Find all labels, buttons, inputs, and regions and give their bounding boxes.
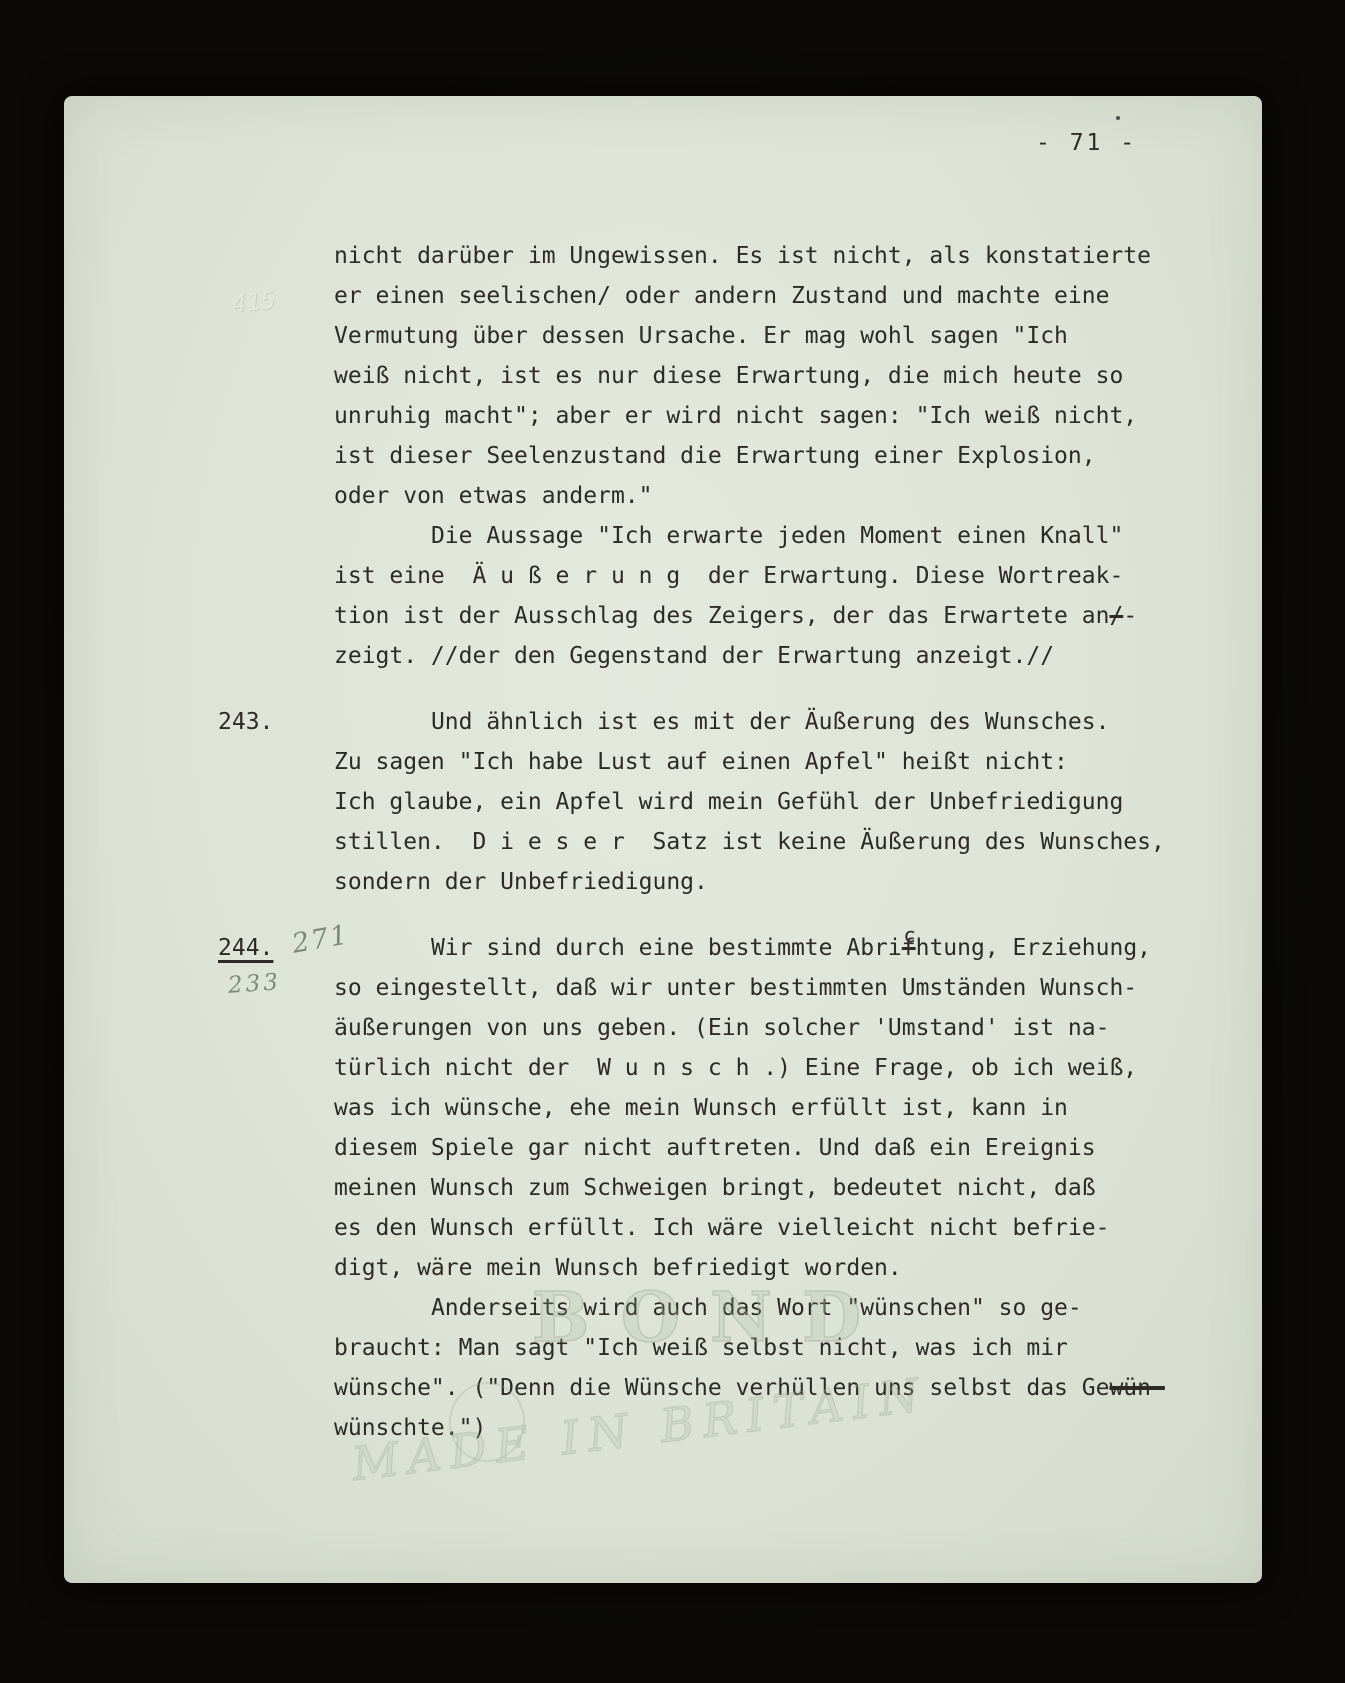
- line-text: -: [1123, 603, 1137, 629]
- section-243: 243. Und ähnlich ist es mit der Äußerung…: [334, 702, 1254, 902]
- struck-word: wün-: [1109, 1375, 1164, 1401]
- typescript-line: so eingestellt, daß wir unter bestimmten…: [334, 968, 1254, 1008]
- typescript-line: Zu sagen "Ich habe Lust auf einen Apfel"…: [334, 742, 1254, 782]
- typescript-line: äußerungen von uns geben. (Ein solcher '…: [334, 1008, 1254, 1048]
- pencil-annotation-bottom: 233: [227, 962, 283, 1006]
- section-244: 244. 271 233 Wir sind durch eine bestimm…: [334, 928, 1254, 1448]
- typescript-line: zeigt. //der den Gegenstand der Erwartun…: [334, 636, 1254, 676]
- struck-character: /: [1109, 603, 1123, 629]
- paper-watermark-brand: BOND: [532, 1278, 891, 1358]
- paragraph-aussage: Die Aussage "Ich erwarte jeden Moment ei…: [334, 516, 1254, 676]
- typescript-line: oder von etwas anderm.": [334, 476, 1254, 516]
- page-number: - 71 -: [1036, 130, 1137, 156]
- typescript-line: Die Aussage "Ich erwarte jeden Moment ei…: [334, 516, 1254, 556]
- section-number-243: 243.: [218, 702, 273, 742]
- typescript-line: es den Wunsch erfüllt. Ich wäre vielleic…: [334, 1208, 1254, 1248]
- typescript-line: meinen Wunsch zum Schweigen bringt, bede…: [334, 1168, 1254, 1208]
- paragraph-continuation: nicht darüber im Ungewissen. Es ist nich…: [334, 236, 1254, 516]
- typescript-page: - 71 - 415 nicht darüber im Ungewissen. …: [64, 96, 1262, 1583]
- correction-letter: c: [903, 915, 915, 955]
- scan-background: - 71 - 415 nicht darüber im Ungewissen. …: [0, 0, 1345, 1683]
- typescript-line: türlich nicht der W u n s c h .) Eine Fr…: [334, 1048, 1254, 1088]
- typescript-line: er einen seelischen/ oder andern Zustand…: [334, 276, 1254, 316]
- ink-speck: [1116, 116, 1120, 120]
- typescript-line: sondern der Unbefriedigung.: [334, 862, 1254, 902]
- emboss-mark: 415: [231, 286, 277, 318]
- typescript-line: diesem Spiele gar nicht auftreten. Und d…: [334, 1128, 1254, 1168]
- typescript-line: stillen. D i e s e r Satz ist keine Äuße…: [334, 822, 1254, 862]
- typescript-line: unruhig macht"; aber er wird nicht sagen…: [334, 396, 1254, 436]
- typescript-line: nicht darüber im Ungewissen. Es ist nich…: [334, 236, 1254, 276]
- typescript-line: Ich glaube, ein Apfel wird mein Gefühl d…: [334, 782, 1254, 822]
- typescript-line: tion ist der Ausschlag des Zeigers, der …: [334, 596, 1254, 636]
- section-number-244: 244.: [218, 928, 273, 968]
- typescript-line: weiß nicht, ist es nur diese Erwartung, …: [334, 356, 1254, 396]
- line-text: htung, Erziehung,: [916, 935, 1151, 961]
- typescript-line: was ich wünsche, ehe mein Wunsch erfüllt…: [334, 1088, 1254, 1128]
- overtyped-correction: cf: [902, 928, 916, 968]
- line-text: tion ist der Ausschlag des Zeigers, der …: [334, 603, 1109, 629]
- line-text: Wir sind durch eine bestimmte Abri: [334, 935, 902, 961]
- typescript-line: Vermutung über dessen Ursache. Er mag wo…: [334, 316, 1254, 356]
- typescript-line: Und ähnlich ist es mit der Äußerung des …: [334, 702, 1254, 742]
- typescript-body: nicht darüber im Ungewissen. Es ist nich…: [334, 236, 1254, 1448]
- typescript-line: ist dieser Seelenzustand die Erwartung e…: [334, 436, 1254, 476]
- typescript-line: Wir sind durch eine bestimmte Abricfhtun…: [334, 928, 1254, 968]
- typescript-line: ist eine Ä u ß e r u n g der Erwartung. …: [334, 556, 1254, 596]
